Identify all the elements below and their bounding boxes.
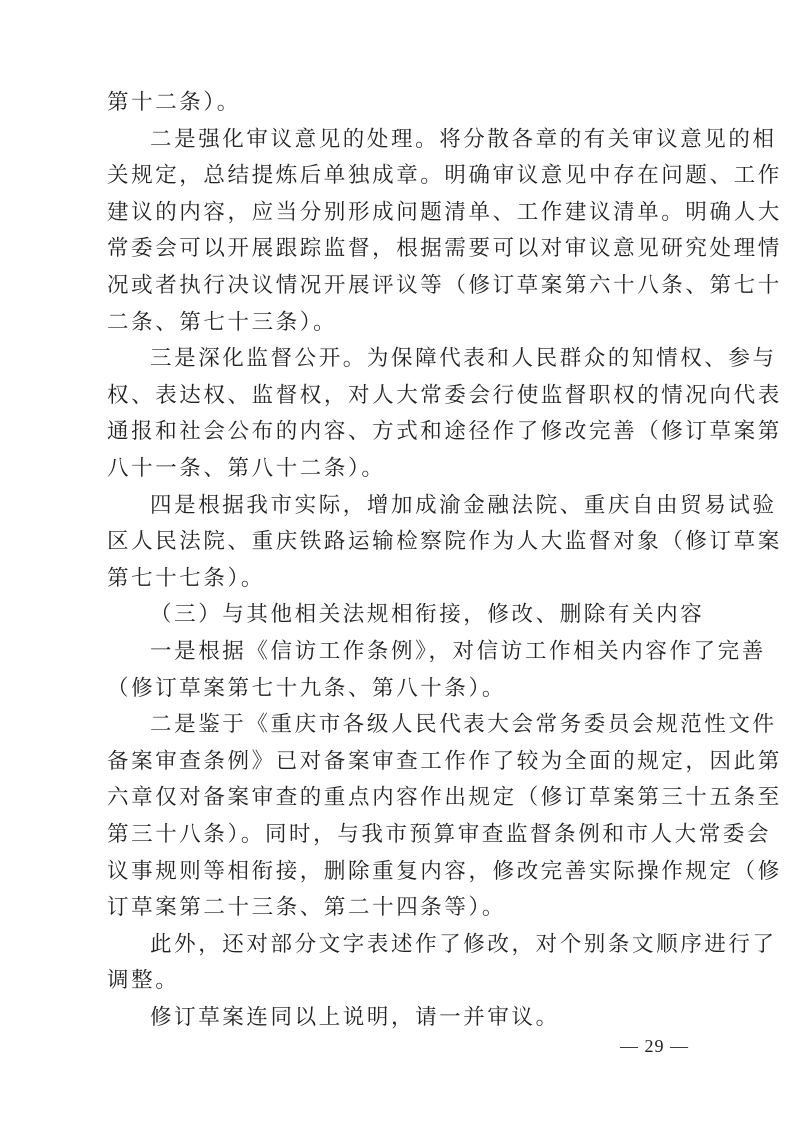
text-line: 第十二条）。 xyxy=(107,88,699,118)
text-line: 调整。 xyxy=(107,966,699,996)
text-line: 备案审查条例》已对备案审查工作作了较为全面的规定，因此第 xyxy=(107,747,699,777)
text-line: 二是鉴于《重庆市各级人民代表大会常务委员会规范性文件 xyxy=(150,710,699,740)
text-line: 一是根据《信访工作条例》，对信访工作相关内容作了完善 xyxy=(150,637,699,667)
text-line: 三是深化监督公开。为保障代表和人民群众的知情权、参与 xyxy=(150,344,699,374)
text-line: 区人民法院、重庆铁路运输检察院作为人大监督对象（修订草案 xyxy=(107,527,699,557)
text-line: 二是强化审议意见的处理。将分散各章的有关审议意见的相 xyxy=(150,125,699,155)
text-line: 订草案第二十三条、第二十四条等）。 xyxy=(107,893,699,923)
text-line: 建议的内容，应当分别形成问题清单、工作建议清单。明确人大 xyxy=(107,198,699,228)
text-line: 二条、第七十三条）。 xyxy=(107,308,699,338)
text-line: 第七十七条）。 xyxy=(107,564,699,594)
text-line: 议事规则等相衔接，删除重复内容，修改完善实际操作规定（修 xyxy=(107,857,699,887)
text-line: 四是根据我市实际，增加成渝金融法院、重庆自由贸易试验 xyxy=(150,491,699,521)
text-line: 常委会可以开展跟踪监督，根据需要可以对审议意见研究处理情 xyxy=(107,234,699,264)
text-line: 修订草案连同以上说明，请一并审议。 xyxy=(150,1003,699,1033)
text-line: 第三十八条）。同时，与我市预算审查监督条例和市人大常委会 xyxy=(107,820,699,850)
text-line: 八十一条、第八十二条）。 xyxy=(107,454,699,484)
document-page: 第十二条）。 二是强化审议意见的处理。将分散各章的有关审议意见的相 关规定，总结… xyxy=(0,0,793,1122)
page-number: — 29 — xyxy=(620,1036,689,1057)
text-line: 通报和社会公布的内容、方式和途径作了修改完善（修订草案第 xyxy=(107,417,699,447)
text-line: （修订草案第七十九条、第八十条）。 xyxy=(107,674,699,704)
text-line: 六章仅对备案审查的重点内容作出规定（修订草案第三十五条至 xyxy=(107,783,699,813)
section-heading: （三）与其他相关法规相衔接，修改、删除有关内容 xyxy=(150,600,699,630)
text-line: 此外，还对部分文字表述作了修改，对个别条文顺序进行了 xyxy=(150,930,699,960)
text-line: 况或者执行决议情况开展评议等（修订草案第六十八条、第七十 xyxy=(107,271,699,301)
text-line: 关规定，总结提炼后单独成章。明确审议意见中存在问题、工作 xyxy=(107,161,699,191)
text-line: 权、表达权、监督权，对人大常委会行使监督职权的情况向代表 xyxy=(107,381,699,411)
